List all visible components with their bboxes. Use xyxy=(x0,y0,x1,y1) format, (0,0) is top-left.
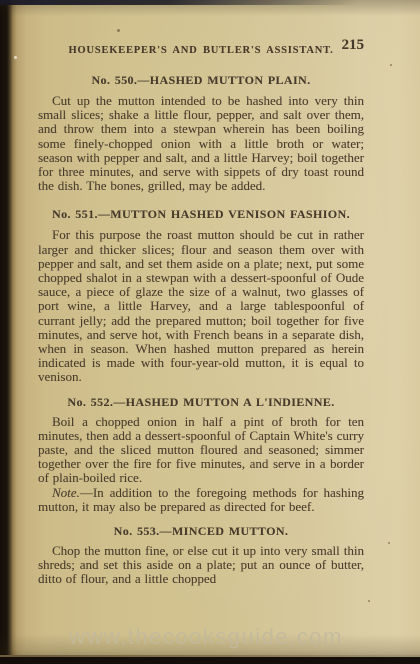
page-number: 215 xyxy=(342,37,365,54)
recipe-550-body: Cut up the mutton intended to be hashed … xyxy=(38,94,364,193)
recipe-552-body: Boil a chopped onion in half a pint of b… xyxy=(38,415,364,486)
watermark: www.thecooksguide.com xyxy=(0,624,412,650)
paper-speck xyxy=(117,29,120,32)
paper-speck xyxy=(388,542,390,544)
note-text: —In addition to the foregoing methods fo… xyxy=(38,485,364,514)
recipe-553-body: Chop the mutton fine, or else cut it up … xyxy=(38,544,364,587)
recipe-550-heading: No. 550.—HASHED MUTTON PLAIN. xyxy=(38,73,364,88)
scan-edge-bottom xyxy=(0,657,420,664)
scanned-book-page: HOUSEKEEPER'S AND BUTLER'S ASSISTANT. 21… xyxy=(0,0,420,664)
recipe-552-note: Note.—In addition to the foregoing metho… xyxy=(38,486,364,514)
recipe-551-heading: No. 551.—MUTTON HASHED VENISON FASHION. xyxy=(38,207,364,222)
paper-speck xyxy=(300,433,302,435)
recipe-551-body: For this purpose the roast mutton should… xyxy=(38,228,364,384)
paper-speck xyxy=(390,64,392,66)
recipe-553-heading: No. 553.—MINCED MUTTON. xyxy=(38,524,364,539)
paper-speck xyxy=(368,600,370,602)
paper-speck xyxy=(14,56,17,59)
scan-edge-top xyxy=(0,0,420,5)
running-head: HOUSEKEEPER'S AND BUTLER'S ASSISTANT. xyxy=(68,45,333,56)
page-content: HOUSEKEEPER'S AND BUTLER'S ASSISTANT. 21… xyxy=(38,40,364,587)
note-label: Note. xyxy=(52,485,80,500)
recipe-552-heading: No. 552.—HASHED MUTTON A L'INDIENNE. xyxy=(38,395,364,410)
page-header: HOUSEKEEPER'S AND BUTLER'S ASSISTANT. 21… xyxy=(38,40,364,57)
